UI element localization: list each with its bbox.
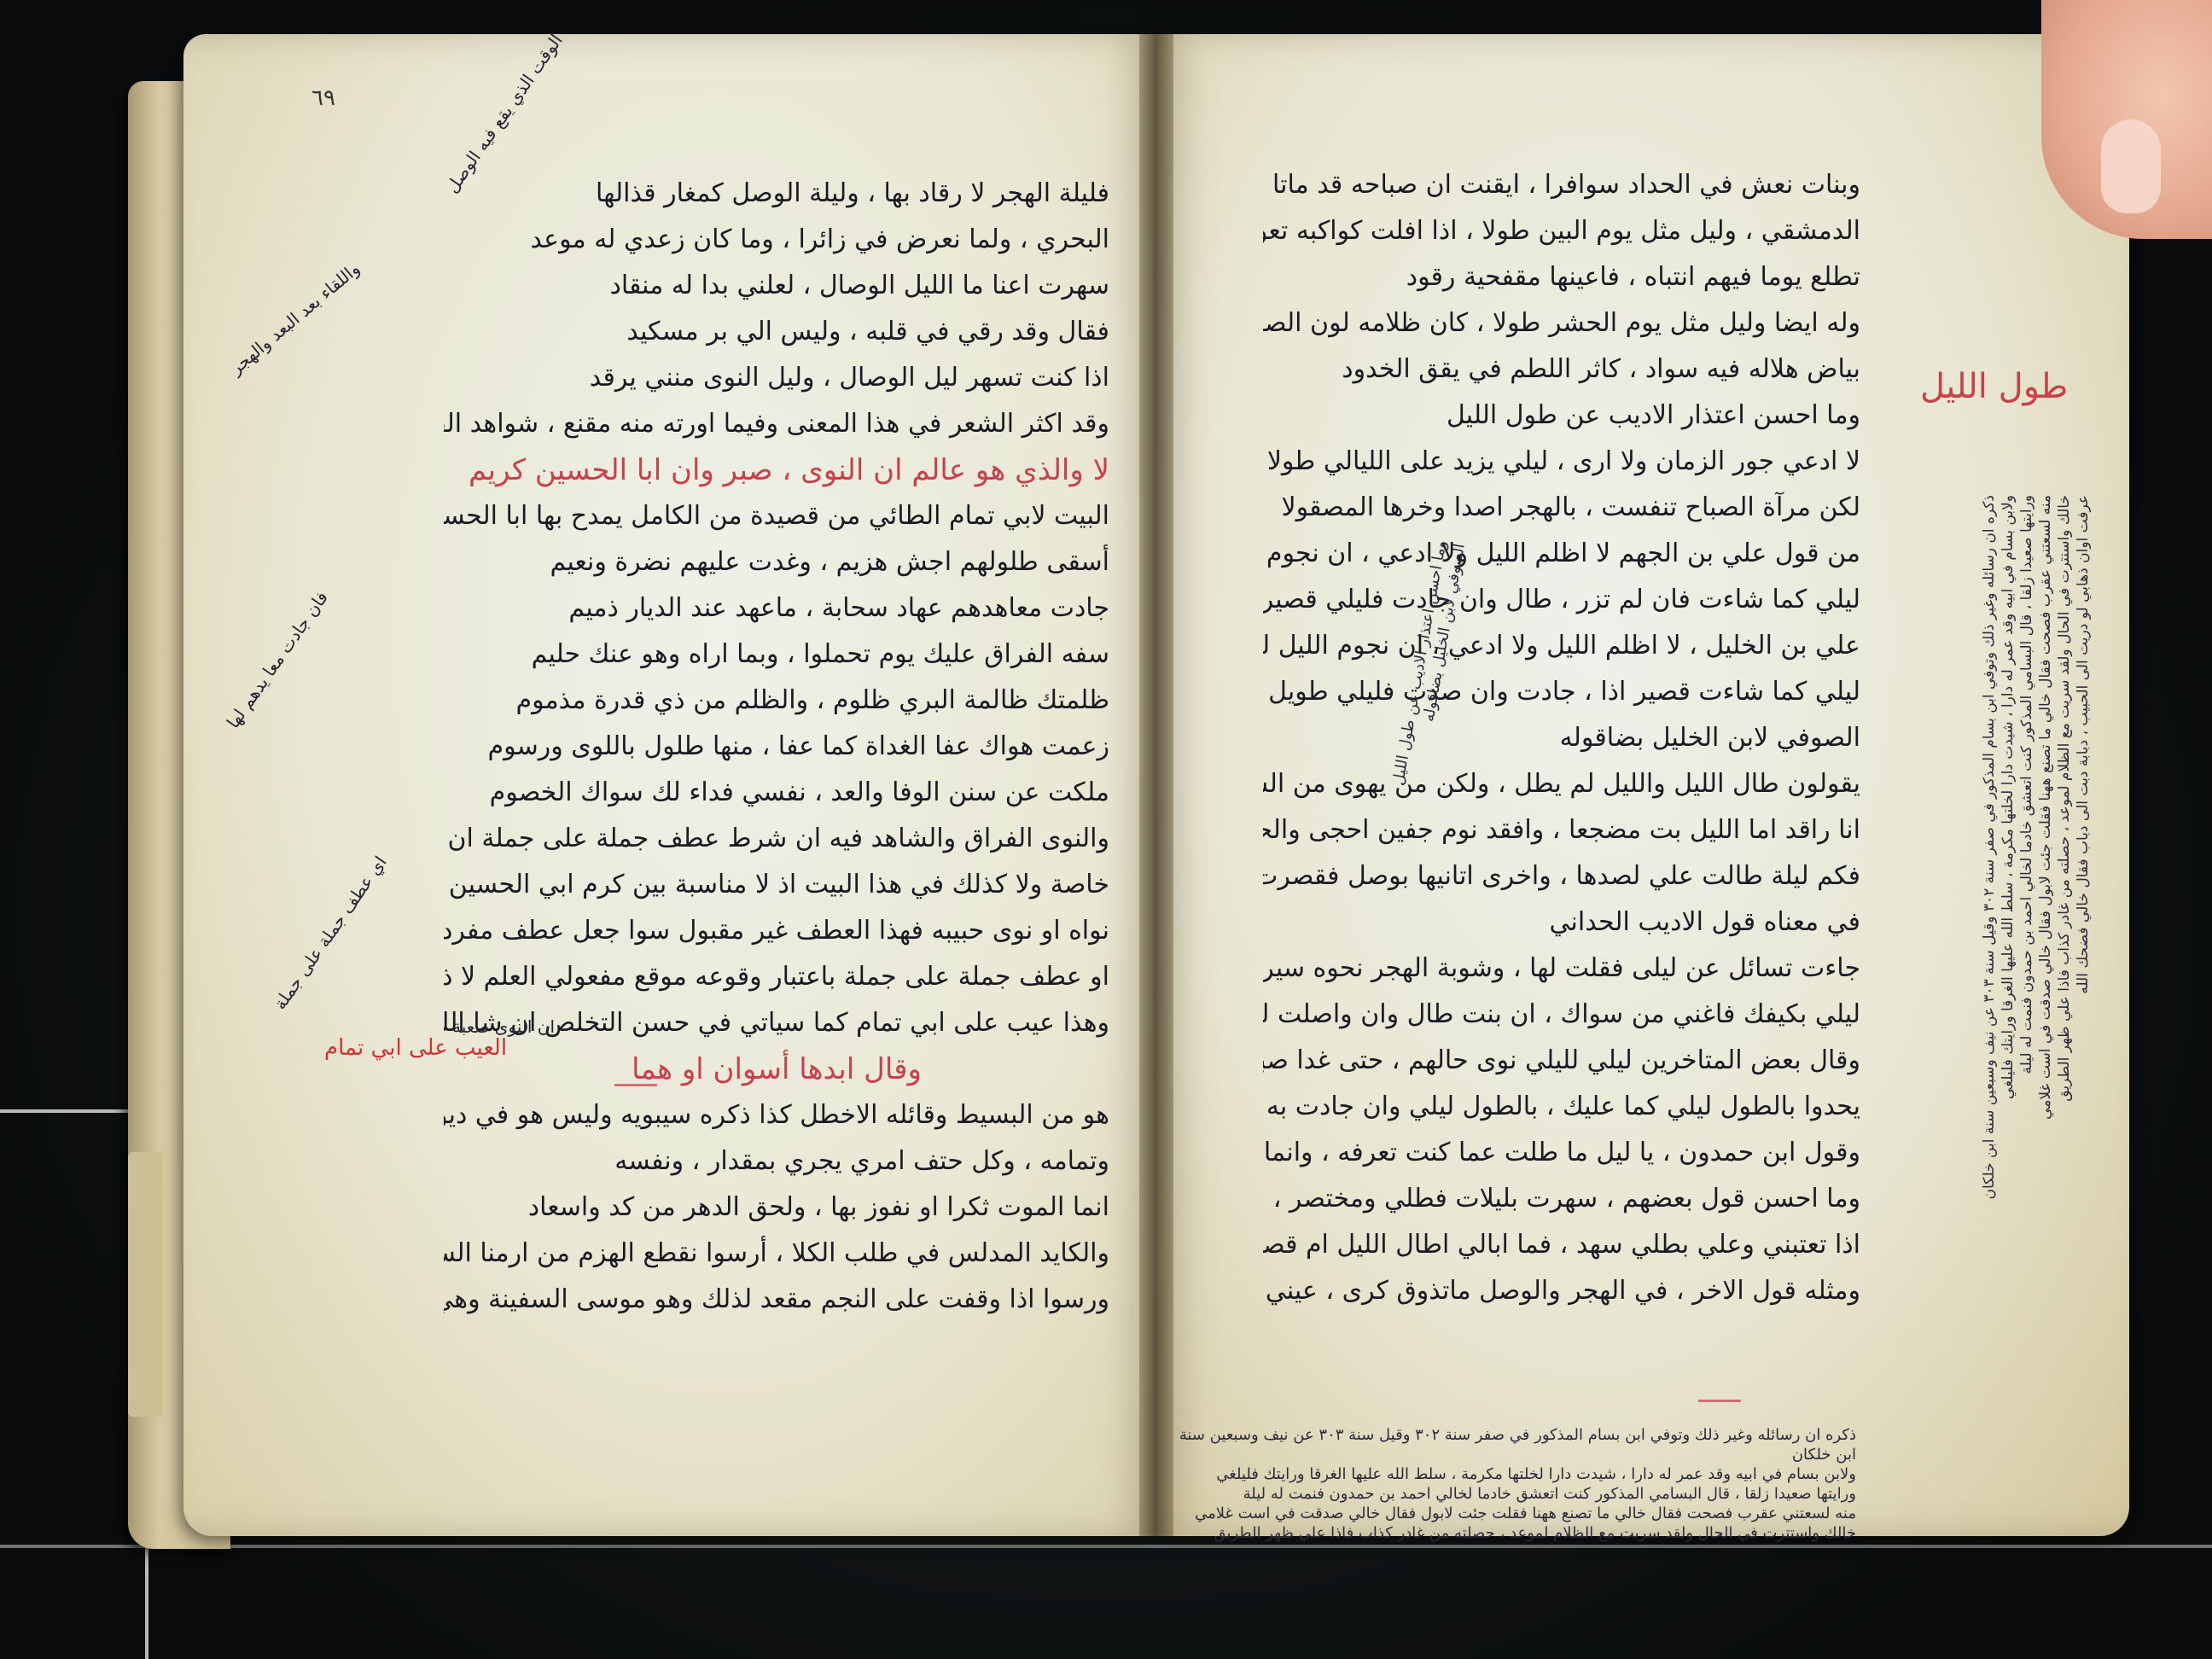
commentary-line: ولابن بسام في ابيه وقد عمر له دارا ، شيد… <box>1156 1464 1856 1484</box>
text-line: والنوى الفراق والشاهد فيه ان شرط عطف جمل… <box>444 816 1109 862</box>
text-line: او عطف جملة على جملة باعتبار وقوعه موقع … <box>444 954 1109 1000</box>
left-page-text: فليلة الهجر لا رقاد بها ، وليلة الوصل كم… <box>444 171 1109 1323</box>
text-line: اذا كنت تسهر ليل الوصال ، وليل النوى منن… <box>444 355 1109 401</box>
commentary-line: منه لسعتني عقرب فصحت فقال خالي ما تصنع ه… <box>2036 495 2055 1348</box>
text-line: جاءت تسائل عن ليلى فقلت لها ، وشوبة الهج… <box>1263 946 1860 992</box>
text-line: البيت لابي تمام الطائي من قصيدة من الكام… <box>444 493 1109 539</box>
grid-line <box>0 1545 2212 1548</box>
text-line: فقال وقد رقي في قلبه ، وليس الي بر مسكيد <box>444 309 1109 355</box>
thumbnail <box>2101 119 2161 213</box>
text-line: انا راقد اما الليل بت مضجعا ، وافقد نوم … <box>1263 807 1860 853</box>
commentary-line: منه لسعتني عقرب فصحت فقال خالي ما تصنع ه… <box>1156 1504 1856 1523</box>
text-line: وقد اكثر الشعر في هذا المعنى وفيما اورته… <box>444 401 1109 447</box>
text-line: البحري ، ولما نعرض في زائرا ، وما كان زع… <box>444 217 1109 263</box>
text-line: في معناه قول الاديب الحداني <box>1263 899 1860 946</box>
thumb-holding-page <box>2041 0 2212 239</box>
commentary-line: ورايتها صعيدا زلقا ، قال البسامي المذكور… <box>2017 495 2036 1348</box>
rubric-verse: لا والذي هو عالم ان النوى ، صبر وان ابا … <box>444 447 1109 493</box>
commentary-line: عرفت اوان ذهابي لو دريت الى الحبيب ، دبا… <box>2074 495 2093 1348</box>
book-gutter <box>1139 34 1173 1536</box>
text-line: فليلة الهجر لا رقاد بها ، وليلة الوصل كم… <box>444 171 1109 217</box>
text-line: خاصة ولا كذلك في هذا البيت اذ لا مناسبة … <box>444 862 1109 908</box>
text-line: سفه الفراق عليك يوم تحملوا ، وبما اراه و… <box>444 632 1109 678</box>
text-line: ورسوا اذا وقفت على النجم مقعد لذلك وهو م… <box>444 1277 1109 1323</box>
commentary-line: ولابن بسام في ابيه وقد عمر له دارا ، شيد… <box>1999 495 2017 1348</box>
text-line: جادت معاهدهم عهاد سحابة ، ماعهد عند الدي… <box>444 585 1109 632</box>
text-line: ملكت عن سنن الوفا والعد ، نفسي فداء لك س… <box>444 770 1109 816</box>
grid-line <box>0 1109 137 1113</box>
commentary-line: خالك واستترت في الحال ولقد سريت مع الظلا… <box>2055 495 2074 1348</box>
bookmark-tab <box>128 1152 162 1417</box>
commentary-line: خالك واستترت في الحال ولقد سريت مع الظلا… <box>1156 1523 1856 1543</box>
red-overline <box>1698 1400 1741 1402</box>
margin-commentary: ذكره ان رسائله وغير ذلك وتوفي ابن بسام ا… <box>1980 495 2116 1348</box>
text-line: تطلع يوما فيهم انتباه ، فاعينها مقفحية ر… <box>1263 254 1860 300</box>
text-line: فكم ليلة طالت علي لصدها ، واخرى اتانيها … <box>1263 853 1860 899</box>
text-line: يقولون طال الليل والليل لم يطل ، ولكن من… <box>1263 761 1860 807</box>
text-line: زعمت هواك عفا الغداة كما عفا ، منها طلول… <box>444 724 1109 770</box>
commentary-line: ذكره ان رسائله وغير ذلك وتوفي ابن بسام ا… <box>1980 495 1999 1348</box>
margin-rubric: العيب على ابي تمام <box>324 1037 507 1059</box>
text-line: وما احسن اعتذار الاديب عن طول الليل <box>1263 393 1860 439</box>
text-line: هو من البسيط وقائله الاخطل كذا ذكره سيبو… <box>444 1092 1109 1138</box>
rubric-verse: وقال ابدها أسوان او هما <box>444 1046 1109 1092</box>
text-line: وبنات نعش في الحداد سوافرا ، ايقنت ان صب… <box>1263 162 1860 208</box>
commentary-line: عرفت اوان ذهابي لو دريت الى الحبيب ، دبا… <box>1156 1543 1856 1545</box>
text-line: أسقى طلولهم اجش هزيم ، وغدت عليهم نضرة و… <box>444 539 1109 585</box>
text-line: وتمامه ، وكل حتف امري يجري بمقدار ، ونفس… <box>444 1138 1109 1185</box>
text-line: الدمشقي ، وليل مثل يوم البين طولا ، اذا … <box>1263 208 1860 254</box>
text-line: نواه او نوى حبيبه فهذا العطف غير مقبول س… <box>444 908 1109 954</box>
text-line: بياض هلاله فيه سواد ، كاثر اللطم في يقق … <box>1263 346 1860 393</box>
text-line: ليلي كما شاءت فان لم تزر ، طال وان جادت … <box>1263 577 1860 623</box>
text-line: علي بن الخليل ، لا اظلم الليل ولا ادعي ،… <box>1263 623 1860 669</box>
text-line: انما الموت ثكرا او نفوز بها ، ولحق الدهر… <box>444 1185 1109 1231</box>
text-line: ظلمتك ظالمة البري ظلوم ، والظلم من ذي قد… <box>444 678 1109 724</box>
text-line: ليلي كما شاءت قصير اذا ، جادت وان صدت فل… <box>1263 669 1860 715</box>
text-line: والكايد المدلس في طلب الكلا ، أرسوا نقطع… <box>444 1231 1109 1277</box>
text-line: سهرت اعنا ما الليل الوصال ، لعلني بدا له… <box>444 263 1109 309</box>
commentary-line: ذكره ان رسائله وغير ذلك وتوفي ابن بسام ا… <box>1156 1425 1856 1464</box>
bottom-commentary: ذكره ان رسائله وغير ذلك وتوفي ابن بسام ا… <box>1156 1425 1856 1545</box>
text-line: لا ادعي جور الزمان ولا ارى ، ليلي يزيد ع… <box>1263 439 1860 485</box>
text-line: لكن مرآة الصباح تنفست ، بالهجر اصدا وخره… <box>1263 485 1860 531</box>
margin-note: ان النوى صعبة <box>452 1016 555 1038</box>
folio-number: ٦٩ <box>311 85 335 111</box>
red-overline <box>614 1084 657 1086</box>
text-line: الصوفي لابن الخليل بضاقوله <box>1263 715 1860 761</box>
text-line: وله ايضا وليل مثل يوم الحشر طولا ، كان ظ… <box>1263 300 1860 346</box>
text-line: من قول علي بن الجهم لا اظلم الليل ولا اد… <box>1263 531 1860 577</box>
commentary-line: ورايتها صعيدا زلقا ، قال البسامي المذكور… <box>1156 1484 1856 1504</box>
margin-heading: طول الليل <box>1920 367 2068 406</box>
